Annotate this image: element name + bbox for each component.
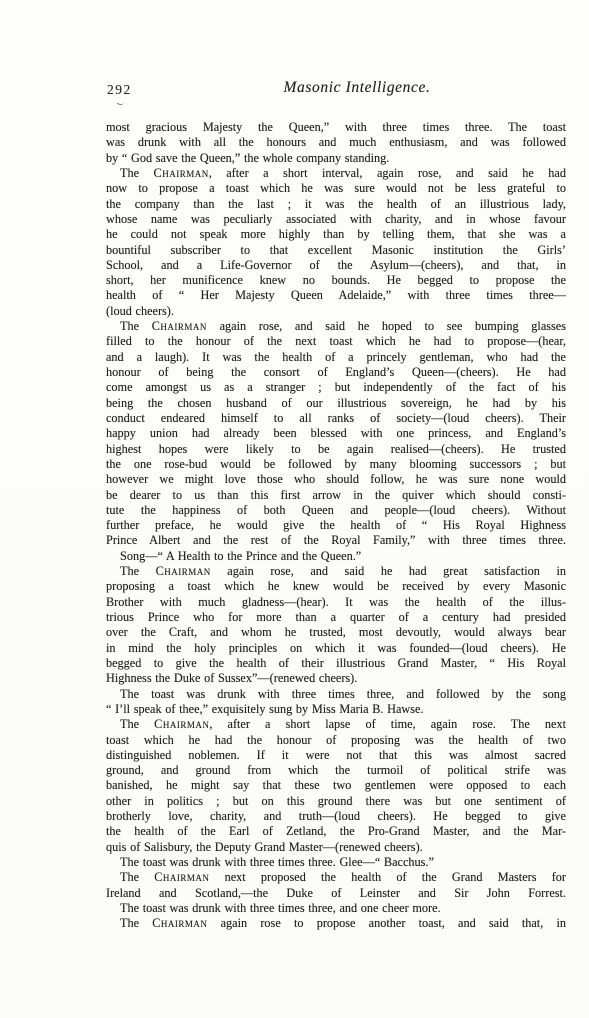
text-segment: The	[120, 717, 154, 731]
text-segment: in mind the holy principles on which it …	[106, 641, 566, 655]
text-line: The Chairman again rose, and said he hop…	[106, 319, 566, 334]
text-line: distinguished noblemen. If it were not t…	[106, 748, 566, 763]
text-segment: health of “ Her Majesty Queen Adelaide,”…	[106, 288, 566, 302]
text-segment: the company than the last ; it was the h…	[106, 197, 566, 211]
text-line: ground, and ground from which the turmoi…	[106, 763, 566, 778]
text-segment: brotherly love, charity, and truth—(loud…	[106, 809, 566, 823]
text-line: The Chairman next proposed the health of…	[106, 870, 566, 885]
text-segment: proposing a toast which he knew would be…	[106, 579, 566, 593]
page-title: Masonic Intelligence.	[127, 79, 587, 97]
text-line: Highness the Duke of Sussex”—(renewed ch…	[106, 671, 566, 686]
text-segment: tute the happiness of both Queen and peo…	[106, 503, 566, 517]
text-line: The toast was drunk with three times thr…	[106, 901, 566, 916]
small-caps-text: Chairman	[152, 319, 207, 333]
text-line: the company than the last ; it was the h…	[106, 197, 566, 212]
text-segment: was drunk with all the honours and much …	[106, 135, 566, 149]
text-segment: conduct endeared himself to all ranks of…	[106, 411, 566, 425]
text-segment: Ireland and Scotland,—the Duke of Leinst…	[106, 886, 566, 900]
text-segment: by “ God save the Queen,” the whole comp…	[106, 151, 389, 165]
text-line: “ I’ll speak of thee,” exquisitely sung …	[106, 702, 566, 717]
text-segment: quis of Salisbury, the Deputy Grand Mast…	[106, 840, 423, 854]
text-line: short, her munificence knew no bounds. H…	[106, 273, 566, 288]
text-line: The Chairman again rose, and said he had…	[106, 564, 566, 579]
text-segment: the one rose-bud would be followed by ma…	[106, 457, 566, 471]
text-segment: Song—“ A Health to the Prince and the Qu…	[120, 549, 361, 563]
text-line: filled to the honour of the next toast w…	[106, 334, 566, 349]
text-segment: be dearer to us than this first arrow in…	[106, 488, 566, 502]
text-segment: again rose, and said he had great satisf…	[211, 564, 566, 578]
text-segment: again rose to propose another toast, and…	[207, 916, 566, 930]
text-segment: School, and a Life-Governor of the Asylu…	[106, 258, 566, 272]
text-segment: Highness the Duke of Sussex”—(renewed ch…	[106, 671, 357, 685]
text-segment: next proposed the health of the Grand Ma…	[209, 870, 566, 884]
text-line: begged to give the health of their illus…	[106, 656, 566, 671]
text-line: The Chairman, after a short lapse of tim…	[106, 717, 566, 732]
text-line: Brother with much gladness—(hear). It wa…	[106, 595, 566, 610]
text-segment: The	[120, 166, 154, 180]
text-segment: banished, he might say that these two ge…	[106, 778, 566, 792]
text-line: the health of the Earl of Zetland, the P…	[106, 824, 566, 839]
text-segment: , after a short interval, again rose, an…	[209, 166, 566, 180]
text-line: Ireland and Scotland,—the Duke of Leinst…	[106, 886, 566, 901]
small-caps-text: Chairman	[154, 717, 209, 731]
text-segment: The toast was drunk with three times thr…	[120, 687, 566, 701]
text-segment: trious Prince who for more than a quarte…	[106, 610, 566, 624]
text-line: was drunk with all the honours and much …	[106, 135, 566, 150]
text-segment: he could not speak more highly than by t…	[106, 227, 566, 241]
text-line: School, and a Life-Governor of the Asylu…	[106, 258, 566, 273]
text-line: being the chosen husband of our illustri…	[106, 396, 566, 411]
text-line: toast which he had the honour of proposi…	[106, 733, 566, 748]
text-segment: further preface, he would give the healt…	[106, 518, 566, 532]
text-line: brotherly love, charity, and truth—(loud…	[106, 809, 566, 824]
text-line: in mind the holy principles on which it …	[106, 641, 566, 656]
text-line: highest hopes were likely to be again re…	[106, 442, 566, 457]
small-caps-text: Chairman	[154, 870, 209, 884]
text-segment: begged to give the health of their illus…	[106, 656, 566, 670]
text-segment: The toast was drunk with three times thr…	[120, 855, 434, 869]
text-segment: over the Craft, and whom he trusted, mos…	[106, 625, 566, 639]
text-line: over the Craft, and whom he trusted, mos…	[106, 625, 566, 640]
text-line: now to propose a toast which he was sure…	[106, 181, 566, 196]
text-segment: honour of being the consort of England’s…	[106, 365, 566, 379]
text-segment: The	[120, 319, 152, 333]
text-line: bountiful subscriber to that excellent M…	[106, 243, 566, 258]
text-segment: come amongst us as a stranger ; but inde…	[106, 380, 566, 394]
text-segment: highest hopes were likely to be again re…	[106, 442, 566, 456]
text-line: however we might love those who should f…	[106, 472, 566, 487]
text-line: by “ God save the Queen,” the whole comp…	[106, 151, 566, 166]
text-line: trious Prince who for more than a quarte…	[106, 610, 566, 625]
text-line: quis of Salisbury, the Deputy Grand Mast…	[106, 840, 566, 855]
text-segment: most gracious Majesty the Queen,” with t…	[106, 120, 566, 134]
text-segment: toast which he had the honour of proposi…	[106, 733, 566, 747]
small-caps-text: Chairman	[154, 166, 209, 180]
text-segment: The	[120, 916, 152, 930]
page-header: 292 Masonic Intelligence.	[106, 79, 566, 99]
text-segment: The toast was drunk with three times thr…	[120, 901, 441, 915]
text-line: The toast was drunk with three times thr…	[106, 855, 566, 870]
text-segment: other in politics ; but on this ground t…	[106, 794, 566, 808]
text-line: the one rose-bud would be followed by ma…	[106, 457, 566, 472]
text-line: be dearer to us than this first arrow in…	[106, 488, 566, 503]
text-line: most gracious Majesty the Queen,” with t…	[106, 120, 566, 135]
text-segment: The	[120, 564, 156, 578]
text-segment: happy union had already been blessed wit…	[106, 426, 566, 440]
text-line: The Chairman, after a short interval, ag…	[106, 166, 566, 181]
ink-smudge-artifact	[116, 99, 124, 106]
text-line: Prince Albert and the rest of the Royal …	[106, 533, 566, 548]
text-segment: however we might love those who should f…	[106, 472, 566, 486]
text-segment: now to propose a toast which he was sure…	[106, 181, 566, 195]
text-line: tute the happiness of both Queen and peo…	[106, 503, 566, 518]
text-segment: and a laugh). It was the health of a pri…	[106, 350, 566, 364]
text-segment: whose name was peculiarly associated wit…	[106, 212, 566, 226]
text-line: (loud cheers).	[106, 304, 566, 319]
text-segment: distinguished noblemen. If it were not t…	[106, 748, 566, 762]
article-text-block: most gracious Majesty the Queen,” with t…	[106, 120, 566, 932]
text-line: other in politics ; but on this ground t…	[106, 794, 566, 809]
text-segment: “ I’ll speak of thee,” exquisitely sung …	[106, 702, 424, 716]
text-line: health of “ Her Majesty Queen Adelaide,”…	[106, 288, 566, 303]
text-line: and a laugh). It was the health of a pri…	[106, 350, 566, 365]
text-segment: filled to the honour of the next toast w…	[106, 334, 566, 348]
text-segment: , after a short lapse of time, again ros…	[209, 717, 566, 731]
text-line: further preface, he would give the healt…	[106, 518, 566, 533]
scanned-page: 292 Masonic Intelligence. most gracious …	[0, 0, 589, 1018]
text-line: The Chairman again rose to propose anoth…	[106, 916, 566, 931]
text-segment: the health of the Earl of Zetland, the P…	[106, 824, 566, 838]
text-segment: short, her munificence knew no bounds. H…	[106, 273, 566, 287]
text-line: conduct endeared himself to all ranks of…	[106, 411, 566, 426]
text-line: proposing a toast which he knew would be…	[106, 579, 566, 594]
text-line: Song—“ A Health to the Prince and the Qu…	[106, 549, 566, 564]
text-line: he could not speak more highly than by t…	[106, 227, 566, 242]
text-segment: ground, and ground from which the turmoi…	[106, 763, 566, 777]
text-line: happy union had already been blessed wit…	[106, 426, 566, 441]
text-segment: (loud cheers).	[106, 304, 174, 318]
text-segment: bountiful subscriber to that excellent M…	[106, 243, 566, 257]
text-line: banished, he might say that these two ge…	[106, 778, 566, 793]
text-segment: again rose, and said he hoped to see bum…	[207, 319, 566, 333]
text-line: whose name was peculiarly associated wit…	[106, 212, 566, 227]
text-line: honour of being the consort of England’s…	[106, 365, 566, 380]
small-caps-text: Chairman	[152, 916, 207, 930]
text-segment: being the chosen husband of our illustri…	[106, 396, 566, 410]
small-caps-text: Chairman	[156, 564, 211, 578]
text-segment: Brother with much gladness—(hear). It wa…	[106, 595, 566, 609]
text-segment: Prince Albert and the rest of the Royal …	[106, 533, 566, 547]
text-line: come amongst us as a stranger ; but inde…	[106, 380, 566, 395]
text-line: The toast was drunk with three times thr…	[106, 687, 566, 702]
text-segment: The	[120, 870, 154, 884]
